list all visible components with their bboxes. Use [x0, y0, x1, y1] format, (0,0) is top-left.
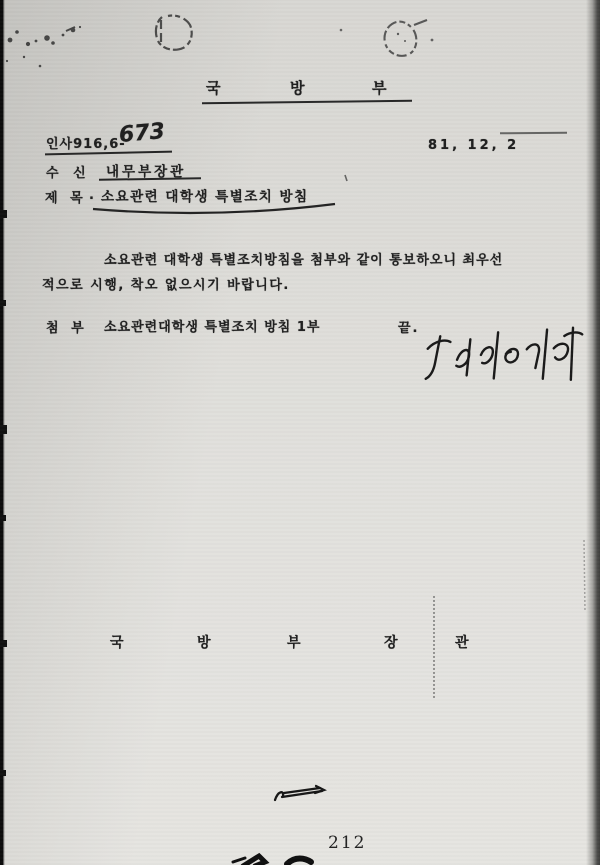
subject-value: 소요관련 대학생 특별조치 방침 [101, 185, 309, 205]
doc-number: 인사916,6- [46, 133, 126, 152]
recipient-label: 수 신 [46, 162, 91, 181]
minister-title-char: 관 [455, 632, 469, 652]
scanned-document-page: 국 방 부 인사916,6- 673 81, 12, 2 수 신 내무부장관 제… [0, 0, 600, 865]
bottom-edge-ink-marks [225, 848, 365, 865]
minister-title-char: 국 [110, 632, 124, 652]
circular-stamp-outline-icon [156, 15, 192, 49]
scan-edge-ticks [0, 210, 7, 776]
ink-marks-overlay [0, 0, 600, 865]
ink-speckles [6, 26, 81, 67]
minister-title-char: 장 [384, 632, 398, 652]
handwritten-signature [424, 324, 590, 390]
subject-separator: . [89, 188, 94, 203]
stray-tick [345, 175, 347, 181]
agency-title-char: 부 [372, 77, 387, 98]
body-text-line: 소요관련 대학생 특별조치방침을 첨부와 같이 통보하오니 최우선 [104, 249, 503, 268]
ink-blob-stamp-icon [385, 20, 427, 56]
fold-perforation-marks [433, 596, 435, 698]
attachment-value: 소요관련대학생 특별조치 방침 1부 [104, 316, 320, 335]
body-text-line: 적으로 시행, 착오 없으시기 바랍니다. [42, 274, 290, 293]
strike-scribble [270, 784, 328, 804]
edge-microprint [584, 540, 585, 612]
doc-number-handwritten: 673 [118, 119, 166, 148]
document-date: 81, 12, 2 [428, 138, 519, 153]
stray-dot [431, 39, 434, 42]
agency-title-char: 방 [290, 77, 305, 98]
minister-title-char: 방 [197, 632, 211, 652]
agency-title-char: 국 [206, 77, 221, 98]
end-mark: 끝. [398, 317, 420, 336]
subject-underline [93, 204, 335, 213]
minister-title-char: 부 [287, 632, 301, 652]
stray-dot [340, 29, 343, 32]
subject-label: 제 목 [45, 187, 87, 206]
attachment-label: 첨 부 [46, 317, 88, 336]
